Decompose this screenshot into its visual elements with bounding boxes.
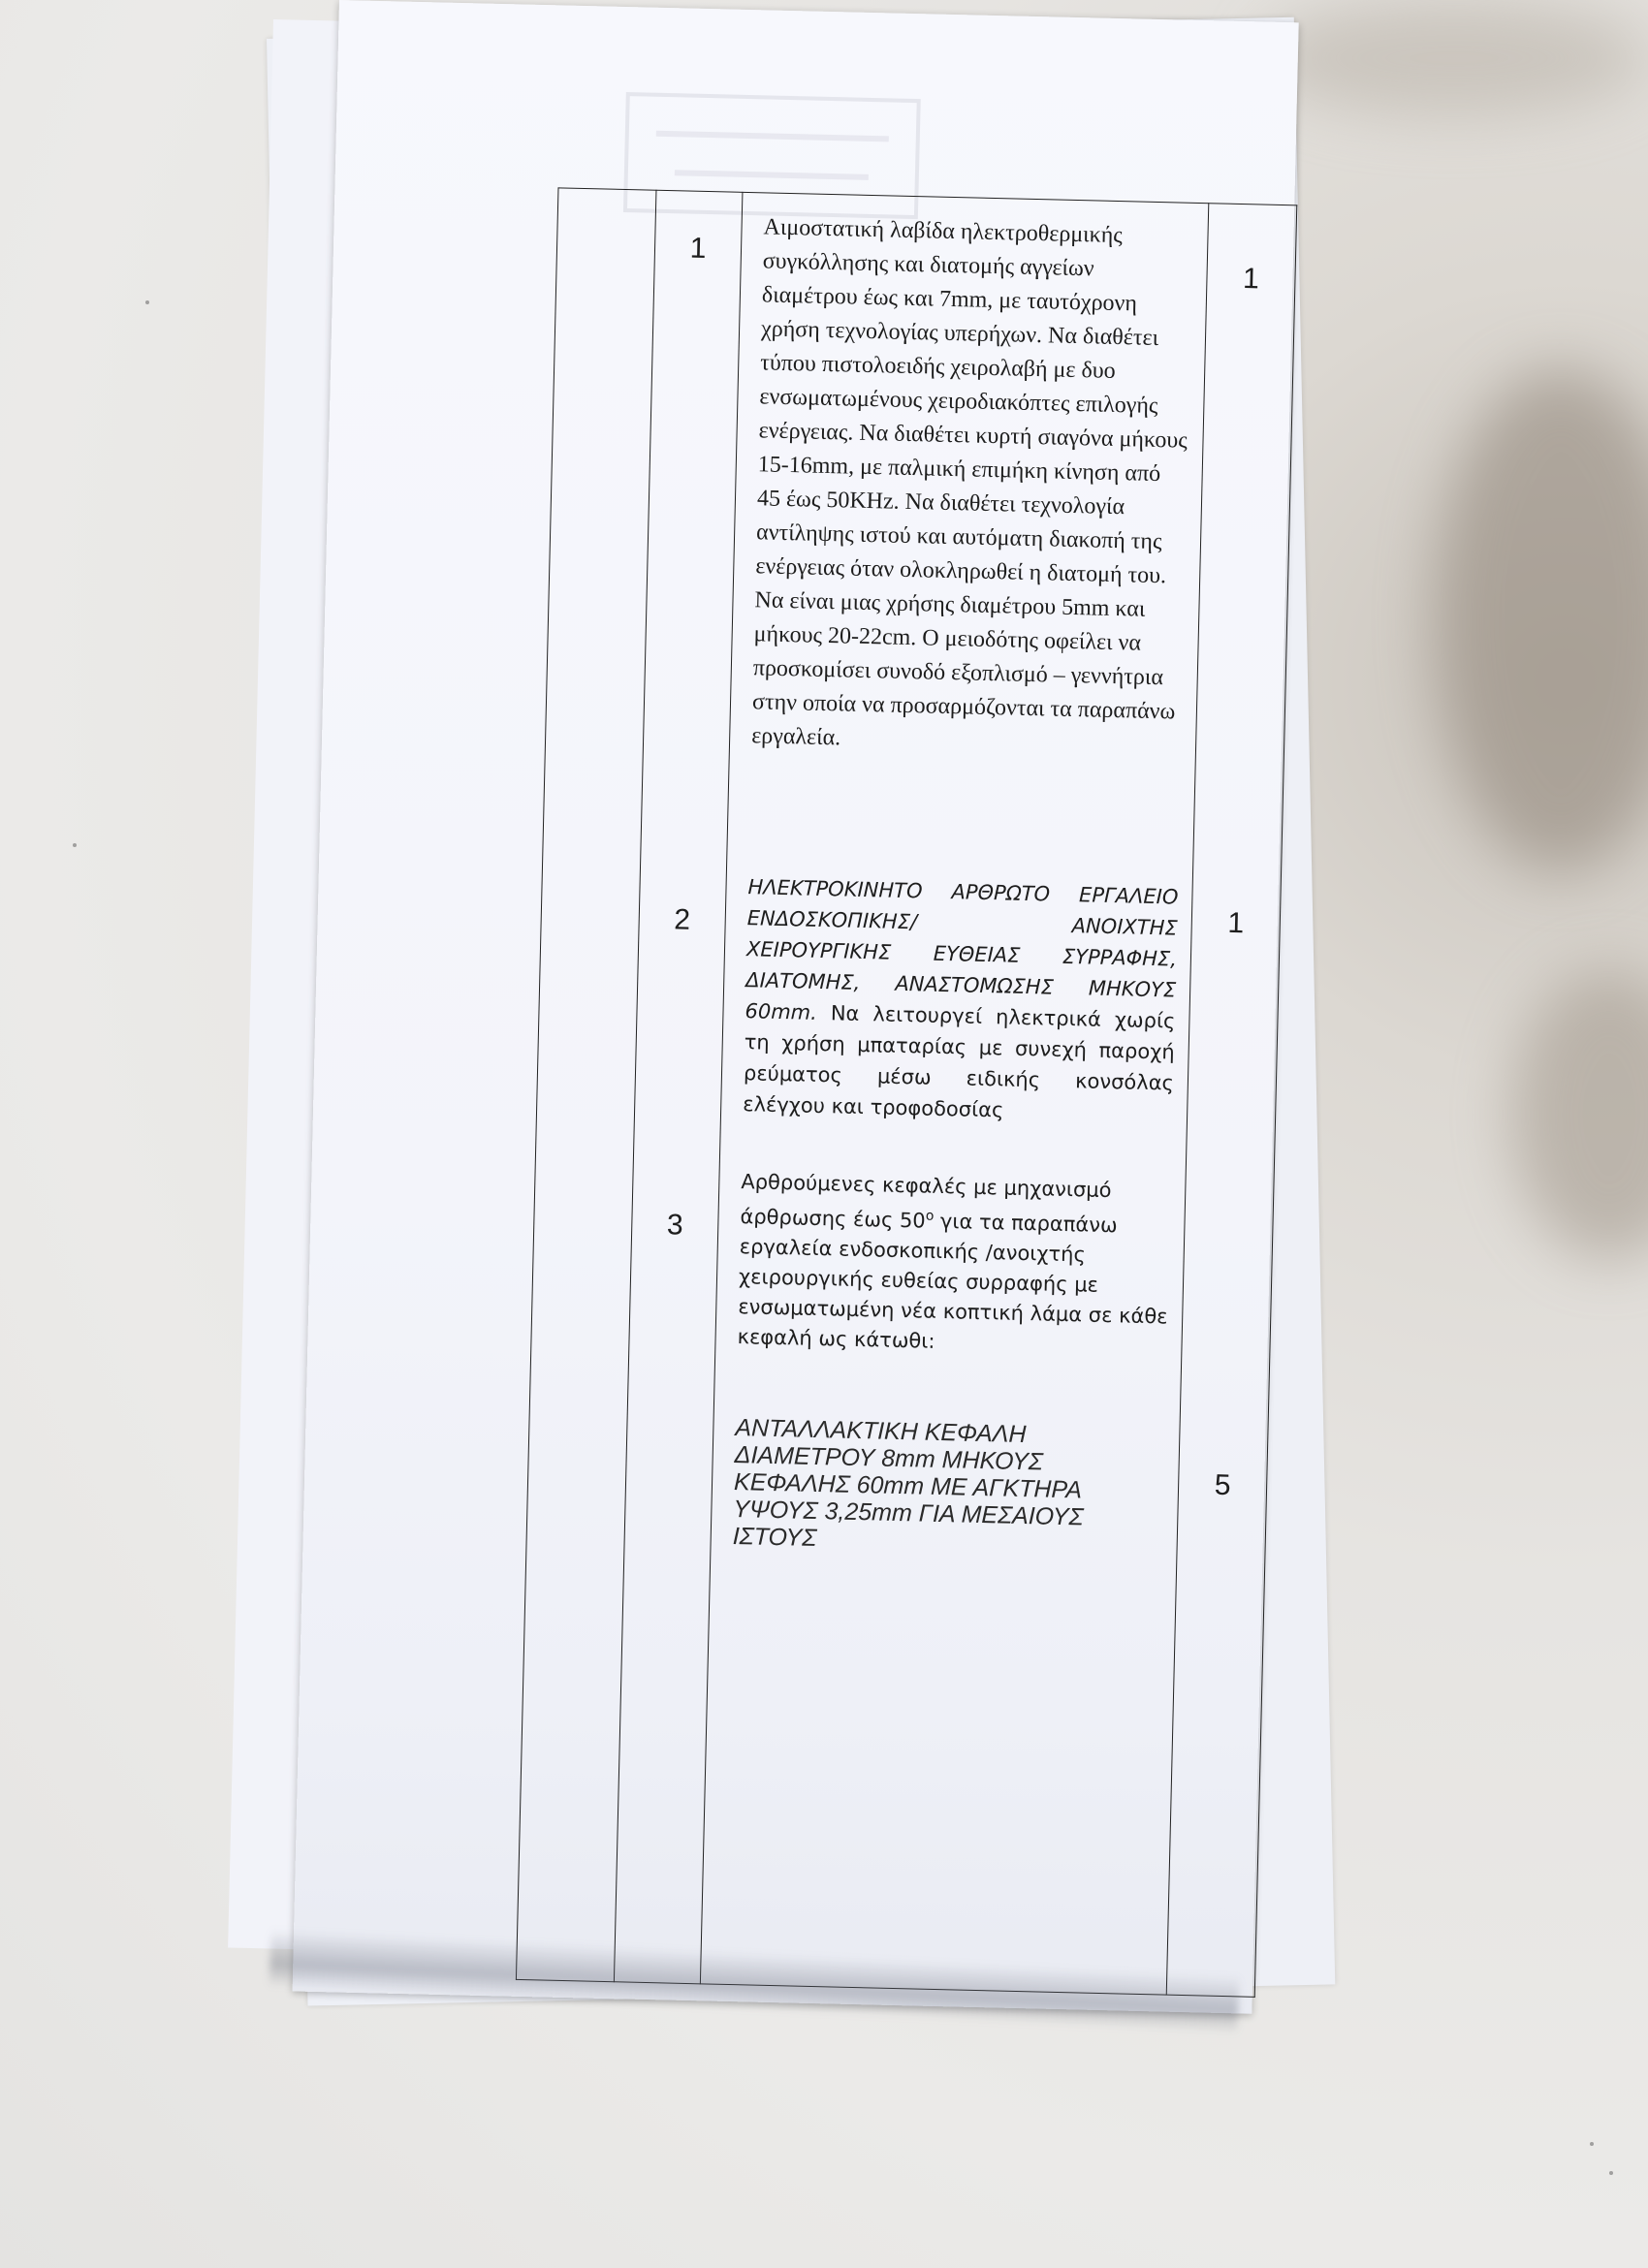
item-2-quantity: 1 [1191,906,1280,941]
item-3-description: Αρθρούμενες κεφαλές με μηχανισμό άρθρωση… [737,1167,1171,1362]
item-1-quantity: 1 [1207,262,1295,297]
item-3-subitem-description: ΑΝΤΑΛΛΑΚΤΙΚΗ ΚΕΦΑΛΗ ΔΙΑΜΕΤΡΟΥ 8mm ΜΗΚΟΥΣ… [732,1414,1165,1559]
scan-speck [73,843,77,847]
specification-table: 1 2 3 Αιμοστατική λαβίδα ηλεκτροθερμικής… [516,187,1297,1997]
item-1-description: Αιμοστατική λαβίδα ηλεκτροθερμικής συγκό… [751,210,1194,763]
scan-speck [145,300,149,304]
item-number-1: 1 [655,232,742,267]
item-number-3: 3 [632,1208,718,1243]
scan-smudge [1260,0,1648,116]
scan-speck [1590,2142,1594,2146]
document-page: 1 2 3 Αιμοστατική λαβίδα ηλεκτροθερμικής… [293,0,1299,2014]
description-column: Αιμοστατική λαβίδα ηλεκτροθερμικής συγκό… [700,192,1208,1995]
scan-smudge [1435,368,1648,872]
item-number-2: 2 [639,903,725,938]
item-3-subitem-quantity: 5 [1179,1468,1267,1503]
item-2-description: ΗΛΕΚΤΡΟΚΙΝΗΤΟ ΑΡΘΡΩΤΟ ΕΡΓΑΛΕΙΟ ΕΝΔΟΣΚΟΠΙ… [743,871,1179,1129]
item-3-text-post: για τα παραπάνω εργαλεία ενδοσκοπικής /α… [737,1210,1168,1353]
degree-symbol: o [926,1209,935,1224]
item-2-title: ΗΛΕΚΤΡΟΚΙΝΗΤΟ ΑΡΘΡΩΤΟ ΕΡΓΑΛΕΙΟ ΕΝΔΟΣΚΟΠΙ… [745,875,1178,1024]
scan-speck [1609,2171,1613,2175]
scan-smudge [1512,969,1648,1260]
